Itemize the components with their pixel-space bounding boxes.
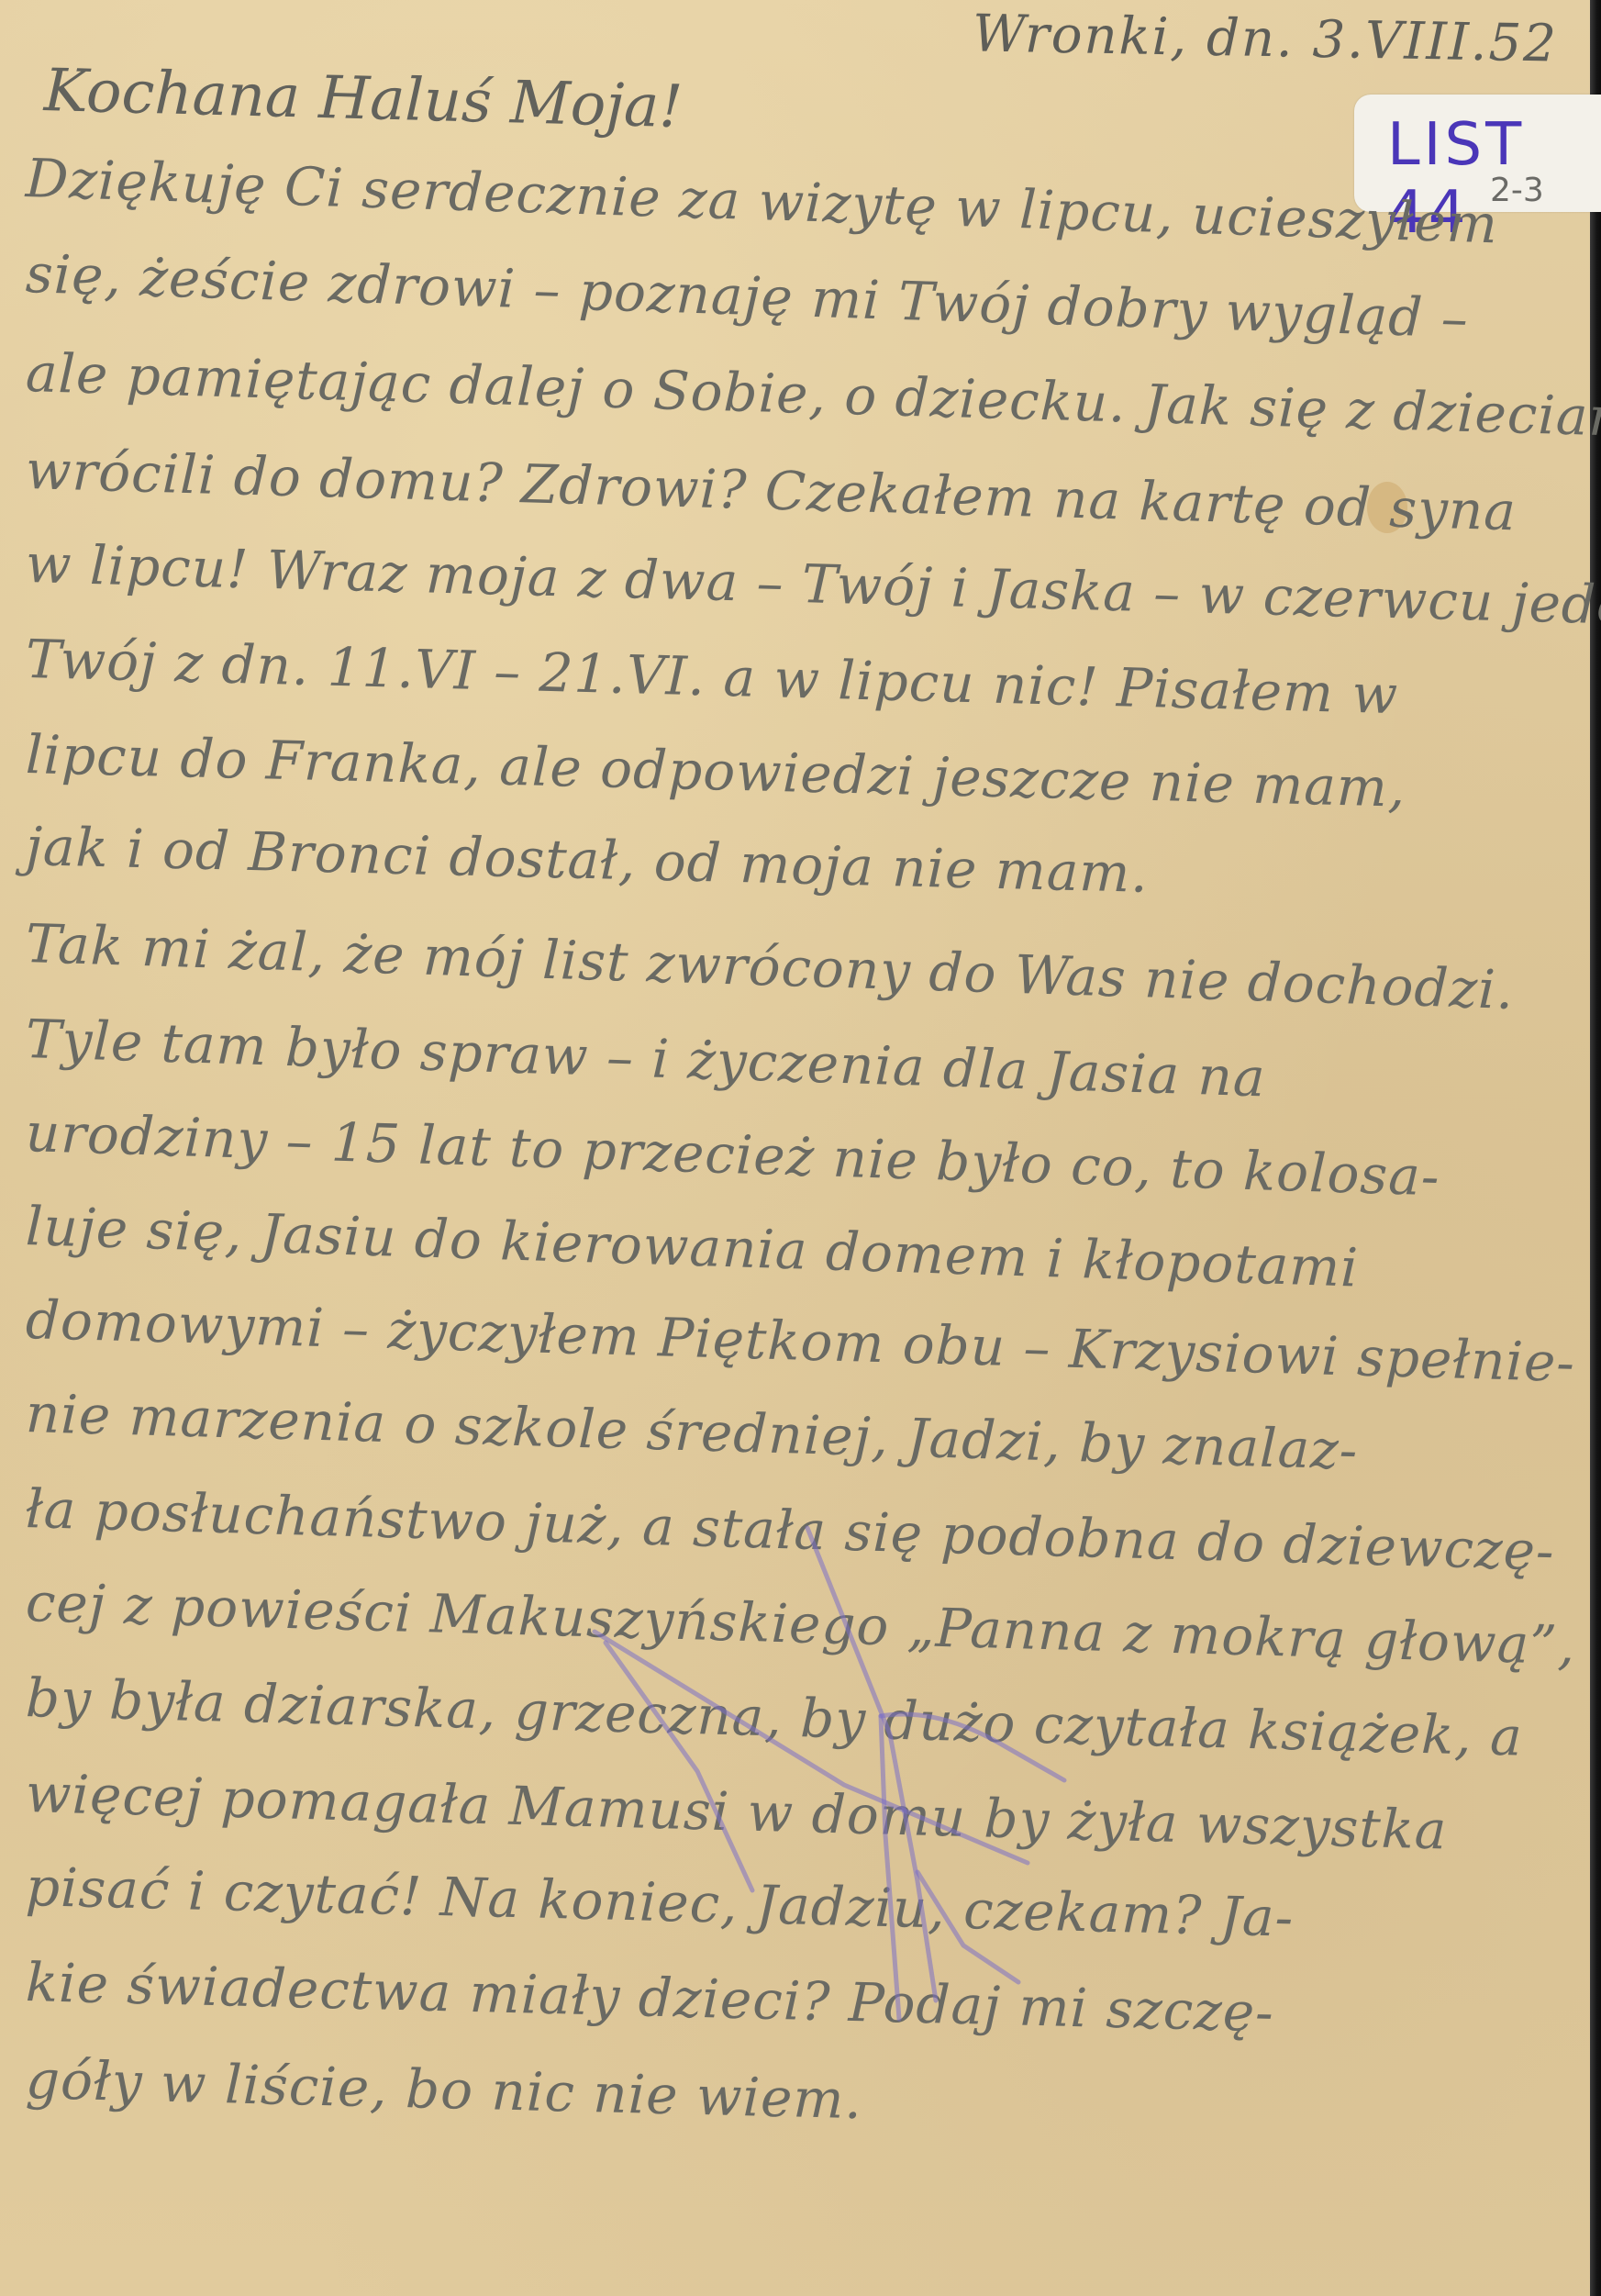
place-date: Wronki, dn. 3.VIII.52: [972, 4, 1558, 73]
scan-edge-border: [1590, 0, 1601, 2296]
